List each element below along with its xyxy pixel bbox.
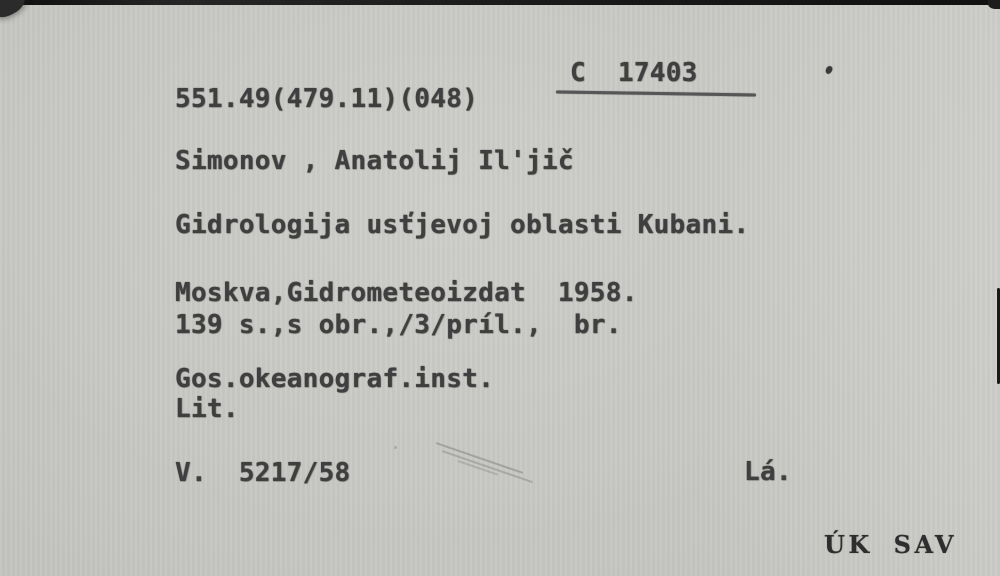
library-stamp: ÚK SAV bbox=[824, 530, 957, 559]
cataloguer-initials: Lá. bbox=[744, 459, 792, 486]
classification-number: 551.49(479.11)(048) bbox=[175, 86, 478, 113]
author-line: Simonov , Anatolij Il'jič bbox=[175, 148, 574, 175]
pencil-stroke bbox=[442, 450, 533, 483]
accession-underline bbox=[556, 90, 756, 96]
ink-speck bbox=[825, 65, 833, 75]
title-line: Gidrologija usťjevoj oblasti Kubani. bbox=[175, 212, 749, 239]
collation-line: 139 s.,s obr.,/3/príl., br. bbox=[175, 312, 622, 339]
imprint-line: Moskva,Gidrometeoizdat 1958. bbox=[175, 280, 638, 307]
corporate-body-line: Gos.okeanograf.inst. bbox=[175, 366, 494, 393]
scan-edge-top bbox=[0, 0, 1000, 5]
pencil-hatch-mark bbox=[432, 438, 542, 483]
paper-speck bbox=[394, 446, 397, 449]
shelf-number: V. 5217/58 bbox=[175, 460, 351, 487]
note-line: Lit. bbox=[175, 396, 239, 423]
catalog-card: 551.49(479.11)(048) C 17403 Simonov , An… bbox=[0, 0, 1000, 576]
scan-corner-mark bbox=[988, 0, 1000, 9]
scan-corner-smudge bbox=[0, 0, 28, 22]
accession-number: C 17403 bbox=[570, 60, 698, 87]
